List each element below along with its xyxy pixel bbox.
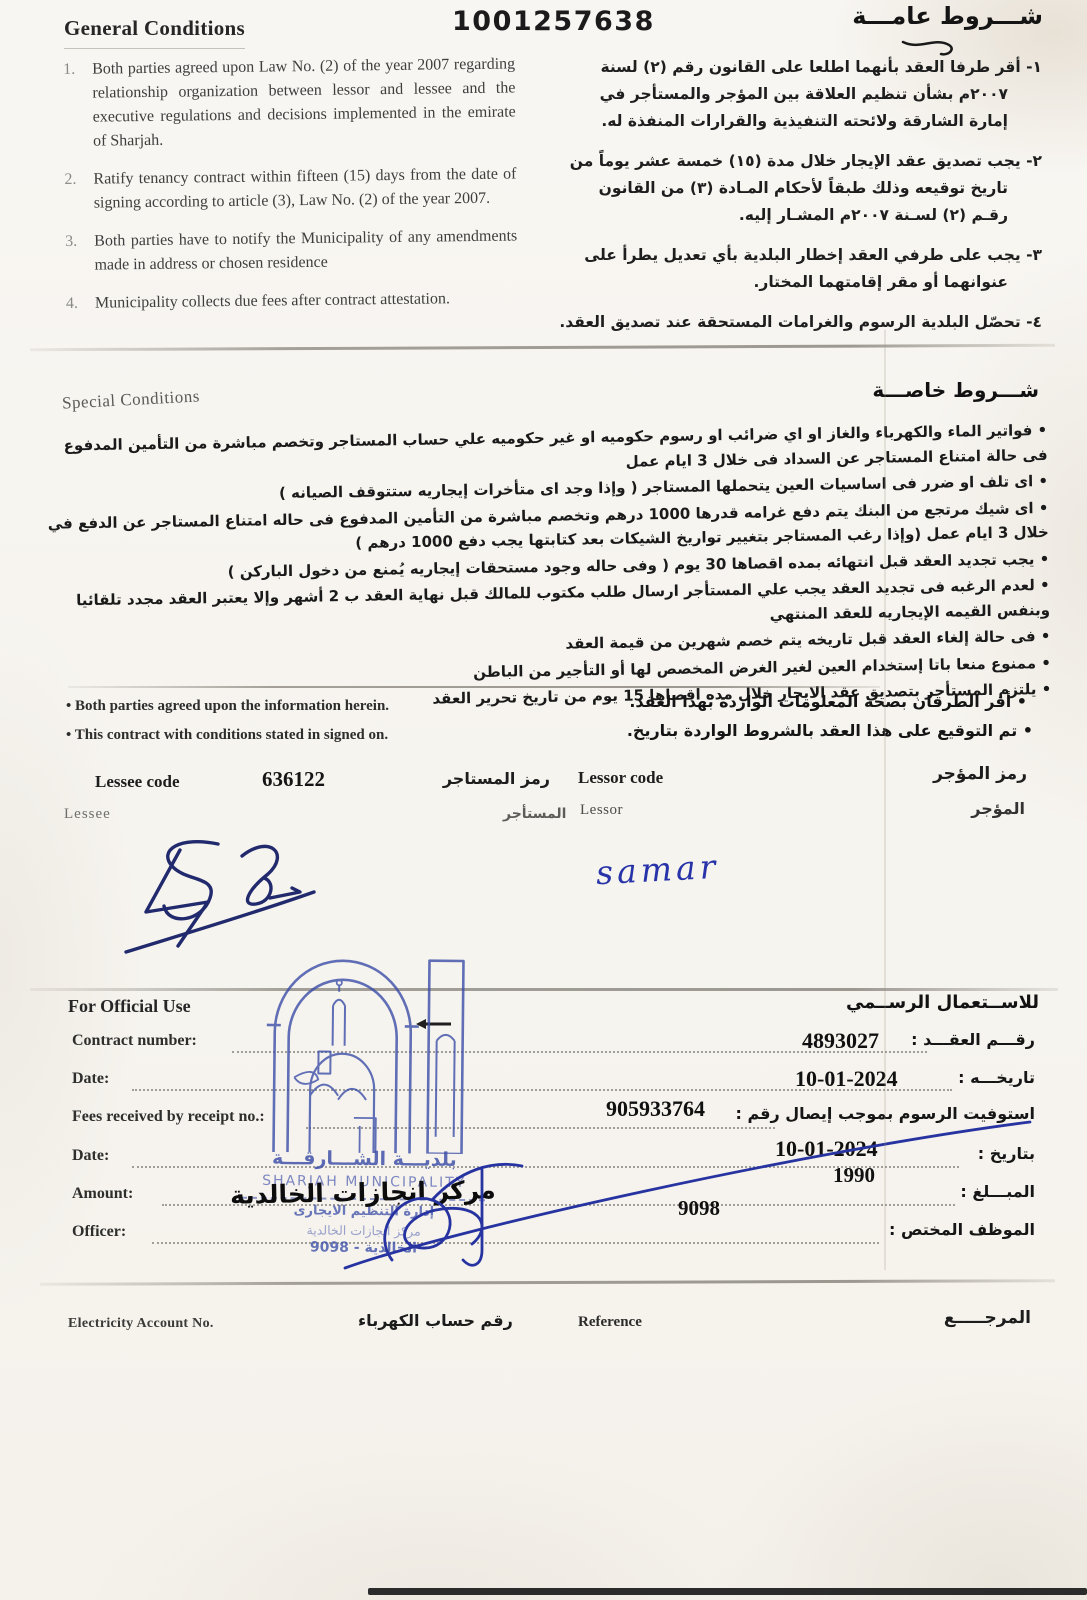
special-conditions-title-en: Special Conditions [62, 386, 201, 413]
officer-signature-scribble [330, 1108, 1045, 1276]
lessor-code-label-ar: رمز المؤجر [933, 764, 1027, 784]
fees-receipt-label-en: Fees received by receipt no.: [72, 1108, 265, 1126]
list-item: 4. Municipality collects due fees after … [66, 286, 518, 316]
amount-label-en: Amount: [72, 1185, 133, 1203]
date-label-en: Date: [72, 1070, 109, 1088]
list-item: ٣- يجب على طرفي العقد إخطار البلدية بأي … [558, 242, 1042, 296]
item-number: 3. [65, 230, 82, 278]
item-number: 4. [66, 292, 82, 316]
paper-fold-crease [884, 330, 886, 1270]
officer-label-en: Officer: [72, 1223, 126, 1241]
stray-arrow-mark [416, 1018, 452, 1030]
contract-number-value: 4893027 [802, 1028, 879, 1054]
item-number: 1. [63, 58, 80, 154]
lessee-label-en: Lessee [64, 806, 111, 823]
section-divider [68, 686, 880, 688]
acknowledgement-ar: • أقر الطرفان بصحة المعلومات الواردة بهذ… [629, 692, 1027, 711]
electricity-account-label-ar: رقم حساب الكهرباء [358, 1311, 513, 1330]
date-label-ar: تاريخـــه : [958, 1068, 1035, 1087]
list-item: ٤- تحصّل البلدية الرسوم والغرامات المستح… [558, 309, 1042, 336]
special-conditions-list-ar: • فواتير الماء والكهرباء والغاز او اي ضر… [36, 418, 1051, 719]
document-number: 1001257638 [452, 6, 655, 37]
list-item: 3. Both parties have to notify the Munic… [65, 224, 518, 278]
lessor-label-en: Lessor [580, 802, 623, 819]
acknowledgement-en: • This contract with conditions stated i… [66, 727, 388, 744]
contract-number-label-ar: رقـــم العقـــد : [911, 1030, 1035, 1049]
general-conditions-list-ar: ١- أقر طرفا العقد بأنهما اطلعا على القان… [558, 54, 1042, 349]
official-use-title-ar: للاســتعمال الرســمي [846, 992, 1039, 1013]
electricity-account-label-en: Electricity Account No. [68, 1316, 214, 1332]
list-item: ٢- يجب تصديق عقد الإيجار خلال مدة (١٥) خ… [558, 148, 1042, 229]
date-value: 10-01-2024 [795, 1066, 898, 1092]
list-item: 1. Both parties agreed upon Law No. (2) … [63, 52, 516, 154]
official-use-title-en: For Official Use [68, 996, 191, 1017]
item-text: Both parties have to notify the Municipa… [94, 224, 518, 277]
item-text: Both parties agreed upon Law No. (2) of … [92, 52, 516, 153]
lessor-signature-handwriting: samar [595, 847, 720, 892]
scan-edge-artifact [368, 1588, 1087, 1595]
lessee-label-ar: المستأجر [503, 806, 566, 822]
item-number: 2. [64, 168, 81, 216]
item-text: Municipality collects due fees after con… [95, 286, 518, 315]
date-label-en: Date: [72, 1147, 109, 1165]
reference-label-en: Reference [578, 1314, 642, 1331]
lessor-code-label-en: Lessor code [578, 768, 663, 788]
lessee-signature-scribble [118, 832, 328, 960]
item-text: Ratify tenancy contract within fifteen (… [93, 162, 517, 215]
special-conditions-title-ar: شـــروط خاصـــة [872, 378, 1039, 402]
lessee-code-value: 636122 [262, 767, 325, 792]
reference-label-ar: المرجـــــع [944, 1308, 1031, 1328]
lessee-code-label-en: Lessee code [95, 772, 180, 792]
list-item: 2. Ratify tenancy contract within fiftee… [64, 162, 517, 216]
lessor-label-ar: المؤجر [971, 799, 1025, 818]
contract-number-label-en: Contract number: [72, 1032, 197, 1050]
general-conditions-title-ar: شـــروط عامـــة [852, 2, 1043, 30]
general-conditions-list-en: 1. Both parties agreed upon Law No. (2) … [63, 52, 518, 330]
lessee-code-label-ar: رمز المستاجر [440, 769, 550, 788]
list-item: ١- أقر طرفا العقد بأنهما اطلعا على القان… [558, 54, 1042, 135]
scanned-tenancy-contract-page: General Conditions 1001257638 شـــروط عا… [0, 0, 1087, 1600]
section-divider [40, 1279, 1055, 1286]
general-conditions-title-en: General Conditions [64, 16, 245, 49]
acknowledgement-en: • Both parties agreed upon the informati… [66, 698, 389, 715]
acknowledgement-ar: • تم التوقيع على هذا العقد بالشروط الوار… [627, 721, 1033, 740]
section-divider [30, 988, 1058, 991]
